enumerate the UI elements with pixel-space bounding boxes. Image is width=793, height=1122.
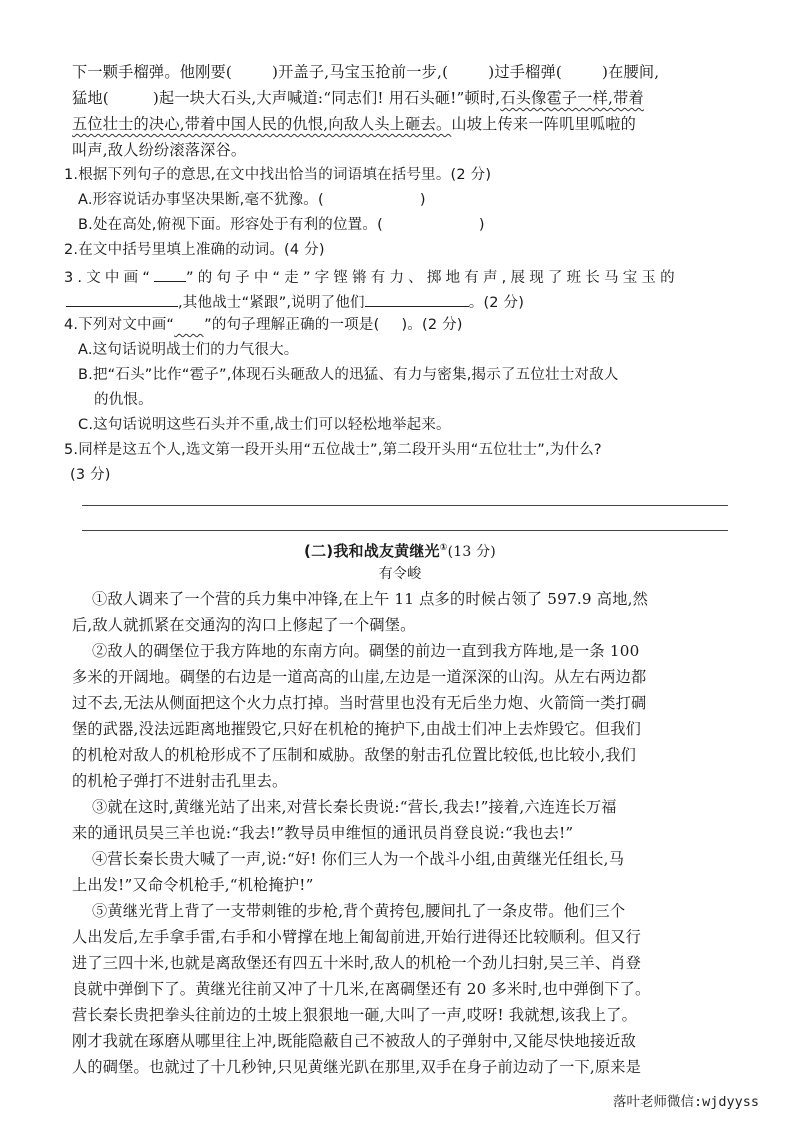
- passage-line-4: 叫声,敌人纷纷滚落深谷。: [72, 140, 246, 160]
- passage2-line: ⑤黄继光背上背了一支带刺锥的步枪,背个黄挎包,腰间扎了一条皮带。他们三个: [92, 901, 625, 921]
- question-3-line-1: 3.文中画“”的句子中“走”字铿锵有力、掷地有声,展现了班长马宝玉的: [64, 265, 679, 288]
- text: 山坡上传来一阵叽里呱啦的: [451, 115, 636, 133]
- answer-line-2[interactable]: [82, 530, 728, 531]
- passage2-line: 后,敌人就抓紧在交通沟的沟口上修起了一个碉堡。: [72, 615, 416, 635]
- title-text: (二)我和战友黄继光: [304, 542, 440, 560]
- question-4-option-c: C.这句话说明这些石头并不重,战士们可以轻松地举起来。: [78, 415, 451, 435]
- passage2-line: 过不去,无法从侧面把这个火力点打掉。当时营里也没有无后坐力炮、火箭筒一类打碉: [72, 693, 646, 713]
- text: )起一块大石头,大声喊道:“同志们! 用石头砸!”顿时,: [153, 89, 500, 107]
- answer-blank-1[interactable]: [66, 290, 178, 307]
- passage2-line: 良就中弹倒下了。黄继光往前又冲了十几米,在离碉堡还有 20 多米时,也中弹倒下了…: [72, 979, 650, 999]
- question-1-option-a: A.形容说话办事坚决果断,毫不犹豫。(): [78, 190, 426, 210]
- question-1-option-b: B.处在高处,俯视下面。形容处于有利的位置。(): [78, 215, 485, 235]
- section-2-title: (二)我和战友黄继光①(13 分): [72, 538, 728, 562]
- text: 猛地(: [72, 89, 109, 107]
- text: 下一颗手榴弹。他刚要(: [72, 63, 232, 81]
- underline-sample: [154, 265, 186, 282]
- passage-line-1: 下一颗手榴弹。他刚要()开盖子,马宝玉抢前一步,()过手榴弹()在腰间,: [72, 62, 659, 82]
- passage2-line: ②敌人的碉堡位于我方阵地的东南方向。碉堡的前边一直到我方阵地,是一条 100: [92, 641, 639, 661]
- section-score: (13 分): [448, 544, 496, 560]
- passage2-line: 刚才我就在琢磨从哪里往上冲,既能隐蔽自己不被敌人的子弹射中,又能尽快地接近敌: [72, 1031, 636, 1051]
- text: 。(2 分): [469, 295, 524, 311]
- text: 4.下列对文中画“: [64, 317, 174, 333]
- question-5-score: (3 分): [70, 465, 111, 485]
- passage2-line: 的机枪子弹打不进射击孔里去。: [72, 771, 287, 791]
- passage2-line: 人的碉堡。也就过了十几秒钟,只见黄继光趴在那里,双手在身子前边动了一下,原来是: [72, 1057, 641, 1077]
- wavy-underlined-sentence: 五位壮士的决心,带着中国人民的仇恨,向敌人头上砸去。: [72, 115, 451, 133]
- wavy-sample: [174, 315, 204, 335]
- footnote-mark: ①: [440, 543, 448, 553]
- paren-close: ): [479, 217, 485, 233]
- passage-line-2: 猛地()起一块大石头,大声喊道:“同志们! 用石头砸!”顿时,石头像雹子一样,带…: [72, 88, 644, 108]
- question-3-line-2: ,其他战士“紧跟”,说明了他们。(2 分): [66, 290, 524, 313]
- passage2-line: 人出发后,左手拿手雷,右手和小臂撑在地上匍匐前进,开始行进得还比较顺利。但又行: [72, 927, 641, 947]
- text: ,其他战士“紧跟”,说明了他们: [178, 295, 365, 311]
- question-2-stem: 2.在文中括号里填上准确的动词。(4 分): [64, 240, 325, 260]
- option-text: B.处在高处,俯视下面。形容处于有利的位置。(: [78, 217, 383, 233]
- passage2-line: 的机枪对敌人的机枪形成不了压制和威胁。敌堡的射击孔位置比较低,也比较小,我们: [72, 745, 636, 765]
- question-4-stem: 4.下列对文中画“ ”的句子理解正确的一项是()。(2 分): [64, 315, 463, 335]
- answer-line-1[interactable]: [82, 505, 728, 506]
- passage2-line: 多米的开阔地。碉堡的右边是一道高高的山崖,左边是一道深深的山沟。从左右两边都: [72, 667, 646, 687]
- question-5-stem: 5.同样是这五个人,选文第一段开头用“五位战士”,第二段开头用“五位壮士”,为什…: [64, 440, 602, 460]
- passage2-line: ④营长秦长贵大喊了一声,说:“好! 你们三人为一个战斗小组,由黄继光任组长,马: [92, 849, 624, 869]
- text: )过手榴弹(: [488, 63, 562, 81]
- paren-close: ): [420, 192, 426, 208]
- question-4-option-a: A.这句话说明战士们的力气很大。: [78, 340, 298, 360]
- passage-line-3: 五位壮士的决心,带着中国人民的仇恨,向敌人头上砸去。山坡上传来一阵叽里呱啦的: [72, 114, 636, 134]
- passage2-line: ③就在这时,黄继光站了出来,对营长秦长贵说:“营长,我去!”接着,六连连长万福: [92, 797, 617, 817]
- question-1-stem: 1.根据下列句子的意思,在文中找出恰当的词语填在括号里。(2 分): [64, 165, 491, 185]
- passage2-line: 来的通讯员吴三羊也说:“我去!”教导员申维恒的通讯员肖登良说:“我也去!”: [72, 823, 573, 843]
- watermark-footer: 落叶老师微信:wjdyyss: [613, 1090, 759, 1110]
- passage2-line: 堡的武器,没法远距离地摧毁它,只好在机枪的掩护下,由战士们冲上去炸毁它。但我们: [72, 719, 641, 739]
- author: 有令峻: [72, 564, 728, 584]
- answer-blank-2[interactable]: [365, 290, 469, 307]
- passage2-line: 上出发!”又命令机枪手,“机枪掩护!”: [72, 875, 314, 895]
- passage2-line: 营长秦长贵把拳头往前边的土坡上狠狠地一砸,大叫了一声,哎呀! 我就想,该我上了。: [72, 1005, 637, 1025]
- text: 3.文中画“: [64, 270, 154, 286]
- text: )开盖子,马宝玉抢前一步,(: [272, 63, 448, 81]
- passage2-line: ①敌人调来了一个营的兵力集中冲锋,在上午 11 点多的时候占领了 597.9 高…: [92, 589, 648, 609]
- text: )在腰间,: [602, 63, 659, 81]
- text: ”的句子中“走”字铿锵有力、掷地有声,展现了班长马宝玉的: [186, 270, 679, 286]
- text: ”的句子理解正确的一项是(: [204, 317, 379, 333]
- text: )。(2 分): [401, 317, 462, 333]
- wavy-underlined-sentence: 石头像雹子一样,带着: [500, 89, 644, 107]
- question-4-option-b-cont: 的仇恨。: [94, 390, 153, 410]
- question-4-option-b: B.把“石头”比作“雹子”,体现石头砸敌人的迅猛、有力与密集,揭示了五位壮士对敌…: [78, 365, 619, 385]
- passage2-line: 进了三四十米,也就是离敌堡还有四五十米时,敌人的机枪一个劲儿扫射,吴三羊、肖登: [72, 953, 641, 973]
- option-text: A.形容说话办事坚决果断,毫不犹豫。(: [78, 192, 324, 208]
